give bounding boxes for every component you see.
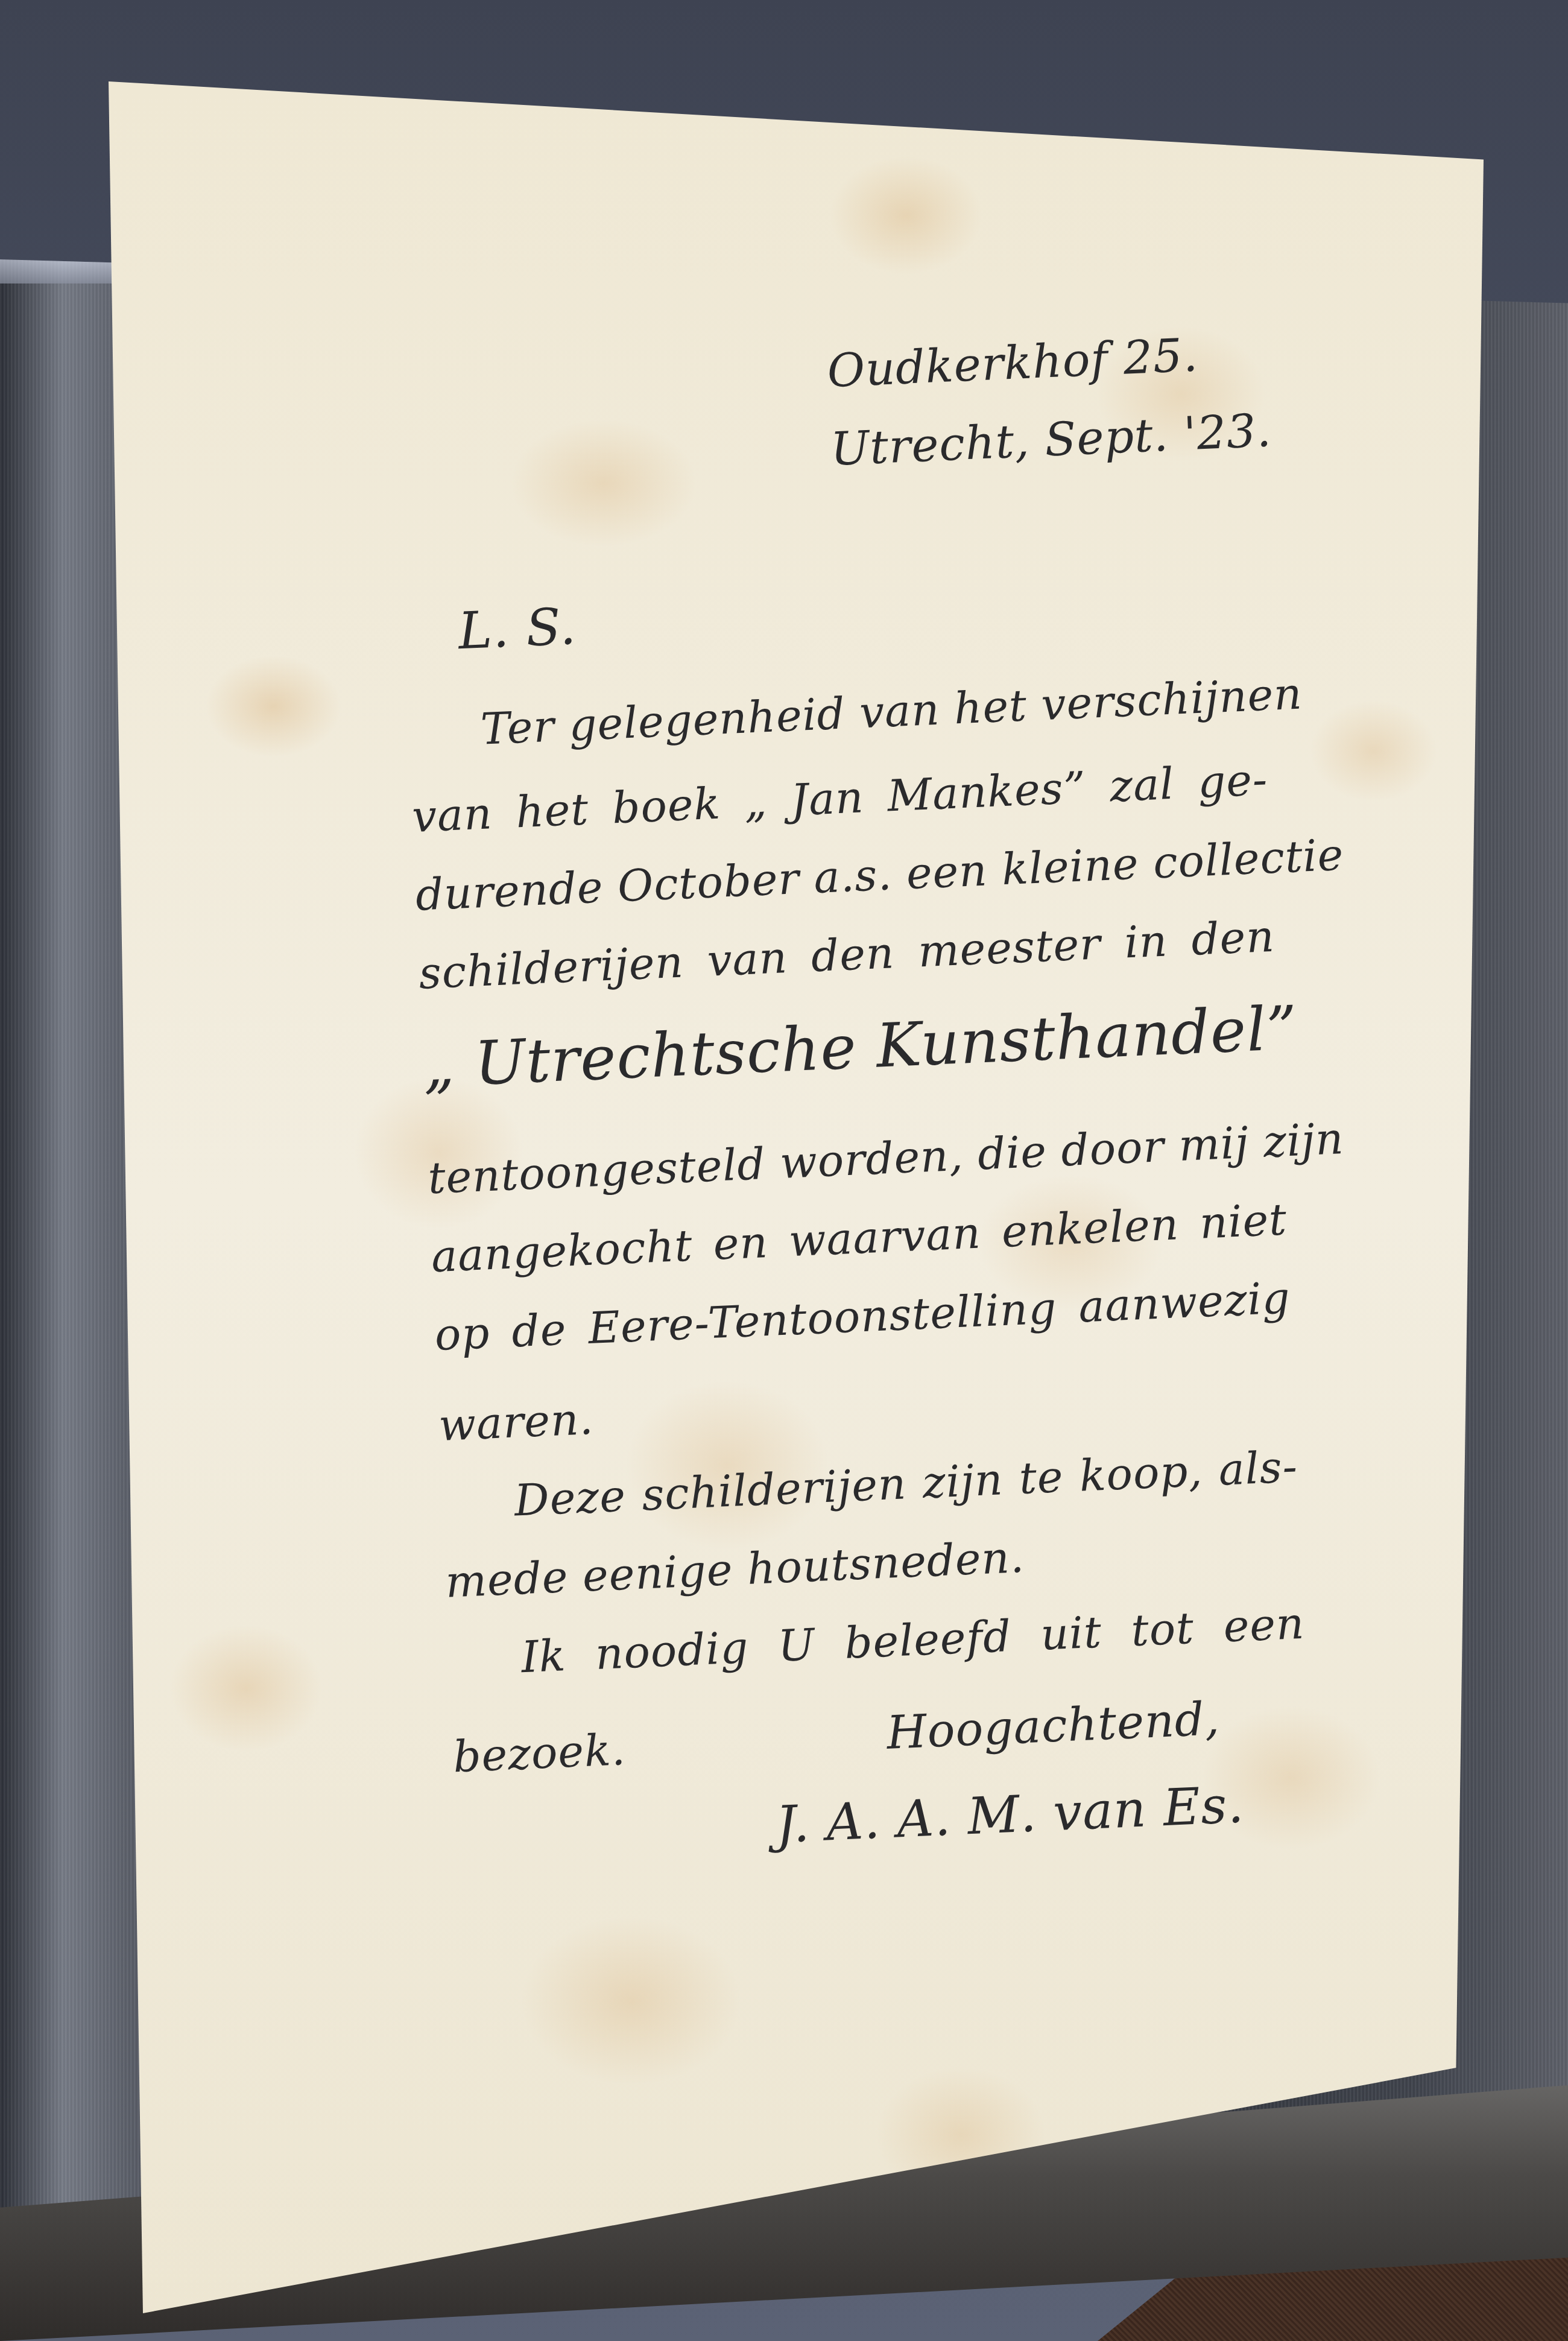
closing: Hoogachtend, [886, 1696, 1221, 1756]
salutation: L. S. [457, 601, 577, 656]
